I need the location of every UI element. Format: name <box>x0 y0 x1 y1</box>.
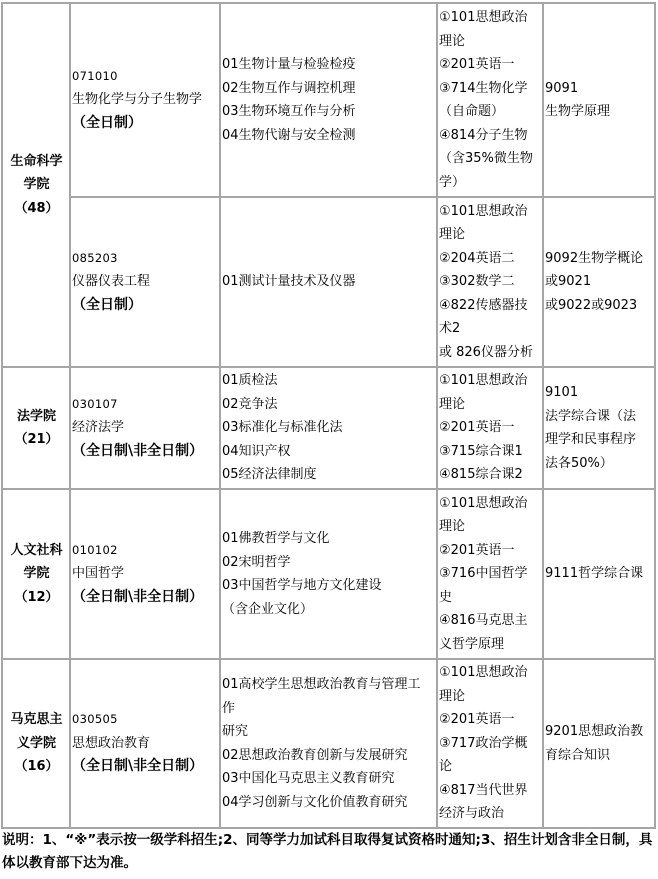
exam-subject-line: ③717政治学概 <box>439 732 542 756</box>
research-direction: 01佛教哲学与文化 <box>222 527 436 551</box>
research-direction: 03标准化与标准化法 <box>222 416 436 440</box>
research-direction: 04学习创新与文化价值教育研究 <box>222 791 436 815</box>
college-cell: 生命科学学院（48） <box>3 4 71 368</box>
exam-subject-line: 理论 <box>439 515 542 539</box>
retest-subject-line: 9111哲学综合课 <box>545 562 654 586</box>
exam-subject-line: 术2 <box>439 317 542 341</box>
major-cell: 030107经济法学（全日制\非全日制） <box>71 368 221 490</box>
exam-subject-line: 理论 <box>439 30 542 54</box>
major-code: 010102 <box>72 539 219 563</box>
research-direction: 04知识产权 <box>222 440 436 464</box>
exam-subject-line: ④822传感器技 <box>439 294 542 318</box>
college-cell: 法学院（21） <box>3 368 71 490</box>
exam-subject-line: ④816马克思主 <box>439 609 542 633</box>
exam-subject-line: ③715综合课1 <box>439 440 542 464</box>
research-direction: 02生物互作与调控机理 <box>222 77 436 101</box>
research-direction: 01测试计量技术及仪器 <box>222 270 436 294</box>
research-direction: 01质检法 <box>222 369 436 393</box>
footnote: 说明：1、“※”表示按一级学科招生;2、同等学力加试科目取得复试资格时通知;3、… <box>2 829 656 875</box>
major-cell: 030505思想政治教育（全日制\非全日制） <box>71 660 221 829</box>
retest-subject-line: 9091 <box>545 77 654 101</box>
admissions-table: 生命科学学院（48）071010生物化学与分子生物学（全日制）01生物计量与检验… <box>1 2 656 829</box>
retest-subject-line: 生物学原理 <box>545 100 654 124</box>
exam-subject-line: 义哲学原理 <box>439 633 542 657</box>
retest-subject-line: 9101 <box>545 381 654 405</box>
college-quota: （21） <box>4 428 69 452</box>
retest-cell: 9111哲学综合课 <box>544 490 656 660</box>
major-code: 030505 <box>72 708 219 732</box>
retest-subject-line: 9092生物学概论 <box>545 247 654 271</box>
exam-cell: ①101思想政治理论②201英语一③717政治学概论④817当代世界经济与政治 <box>438 660 544 829</box>
research-direction: 05经济法律制度 <box>222 463 436 487</box>
retest-subject-line: 9201思想政治教 <box>545 720 654 744</box>
exam-subject-line: 理论 <box>439 685 542 709</box>
exam-subject-line: ④814分子生物 <box>439 124 542 148</box>
research-direction: 03生物环境互作与分析 <box>222 100 436 124</box>
major-cell: 071010生物化学与分子生物学（全日制） <box>71 4 221 198</box>
exam-subject-line: ②204英语二 <box>439 247 542 271</box>
major-name: 思想政治教育 <box>72 732 219 756</box>
college-name-l1: 生命科学 <box>4 150 69 174</box>
retest-cell: 9201思想政治教育综合知识 <box>544 660 656 829</box>
table-row: 马克思主义学院（16）030505思想政治教育（全日制\非全日制）01高校学生思… <box>3 660 656 829</box>
research-direction: 02思想政治教育创新与发展研究 <box>222 744 436 768</box>
exam-subject-line: ②201英语一 <box>439 416 542 440</box>
exam-subject-line: 学） <box>439 171 542 195</box>
exam-subject-line: 史 <box>439 586 542 610</box>
table-row: 人文社科学院（12）010102中国哲学（全日制\非全日制）01佛教哲学与文化0… <box>3 490 656 660</box>
research-direction: 研究 <box>222 720 436 744</box>
exam-subject-line: ①101思想政治 <box>439 661 542 685</box>
exam-subject-line: 或 826仪器分析 <box>439 341 542 365</box>
research-direction: 02宋明哲学 <box>222 551 436 575</box>
college-name-l2: 学院 <box>4 173 69 197</box>
exam-cell: ①101思想政治理论②204英语二③302数学二④822传感器技术2或 826仪… <box>438 198 544 368</box>
retest-cell: 9101法学综合课（法理学和民事程序法各50%） <box>544 368 656 490</box>
research-direction: （含企业文化） <box>222 598 436 622</box>
college-name-l1: 马克思主 <box>4 708 69 732</box>
retest-subject-line: 育综合知识 <box>545 744 654 768</box>
study-mode: （全日制） <box>72 294 219 318</box>
exam-subject-line: 经济与政治 <box>439 802 542 826</box>
dir-cell: 01高校学生思想政治教育与管理工作研究02思想政治教育创新与发展研究03中国化马… <box>221 660 438 829</box>
research-direction: 04生物代谢与安全检测 <box>222 124 436 148</box>
major-code: 085203 <box>72 247 219 271</box>
exam-subject-line: ①101思想政治 <box>439 200 542 224</box>
exam-subject-line: 理论 <box>439 393 542 417</box>
study-mode: （全日制\非全日制） <box>72 586 219 610</box>
exam-subject-line: ④815综合课2 <box>439 463 542 487</box>
exam-subject-line: （自命题） <box>439 100 542 124</box>
college-name-l1: 人文社科 <box>4 539 69 563</box>
exam-subject-line: ②201英语一 <box>439 708 542 732</box>
dir-cell: 01佛教哲学与文化02宋明哲学03中国哲学与地方文化建设（含企业文化） <box>221 490 438 660</box>
college-cell: 马克思主义学院（16） <box>3 660 71 829</box>
retest-subject-line: 法学综合课（法 <box>545 405 654 429</box>
exam-cell: ①101思想政治理论②201英语一③715综合课1④815综合课2 <box>438 368 544 490</box>
exam-subject-line: ③302数学二 <box>439 270 542 294</box>
exam-subject-line: 论 <box>439 755 542 779</box>
exam-subject-line: ②201英语一 <box>439 539 542 563</box>
exam-subject-line: ②201英语一 <box>439 53 542 77</box>
research-direction: 03中国哲学与地方文化建设 <box>222 574 436 598</box>
table-row: 085203仪器仪表工程（全日制）01测试计量技术及仪器①101思想政治理论②2… <box>3 198 656 368</box>
exam-subject-line: （含35%微生物 <box>439 147 542 171</box>
college-quota: （48） <box>4 197 69 221</box>
major-name: 中国哲学 <box>72 562 219 586</box>
retest-subject-line: 或9022或9023 <box>545 294 654 318</box>
major-name: 生物化学与分子生物学 <box>72 88 219 112</box>
exam-subject-line: ①101思想政治 <box>439 369 542 393</box>
dir-cell: 01质检法02竞争法03标准化与标准化法04知识产权05经济法律制度 <box>221 368 438 490</box>
retest-cell: 9091生物学原理 <box>544 4 656 198</box>
exam-subject-line: ④817当代世界 <box>439 779 542 803</box>
major-cell: 010102中国哲学（全日制\非全日制） <box>71 490 221 660</box>
major-code: 071010 <box>72 65 219 89</box>
major-name: 经济法学 <box>72 416 219 440</box>
college-quota: （16） <box>4 755 69 779</box>
major-cell: 085203仪器仪表工程（全日制） <box>71 198 221 368</box>
college-quota: （12） <box>4 586 69 610</box>
exam-subject-line: ①101思想政治 <box>439 492 542 516</box>
table-row: 生命科学学院（48）071010生物化学与分子生物学（全日制）01生物计量与检验… <box>3 4 656 198</box>
major-code: 030107 <box>72 393 219 417</box>
study-mode: （全日制\非全日制） <box>72 755 219 779</box>
college-name-l2: 学院 <box>4 562 69 586</box>
research-direction: 作 <box>222 697 436 721</box>
exam-subject-line: ①101思想政治 <box>439 6 542 30</box>
retest-subject-line: 理学和民事程序 <box>545 428 654 452</box>
research-direction: 03中国化马克思主义教育研究 <box>222 767 436 791</box>
major-name: 仪器仪表工程 <box>72 270 219 294</box>
retest-subject-line: 或9021 <box>545 270 654 294</box>
exam-subject-line: 理论 <box>439 223 542 247</box>
college-name-l1: 法学院 <box>4 405 69 429</box>
college-name-l2: 义学院 <box>4 732 69 756</box>
college-cell: 人文社科学院（12） <box>3 490 71 660</box>
exam-cell: ①101思想政治理论②201英语一③714生物化学（自命题）④814分子生物（含… <box>438 4 544 198</box>
exam-subject-line: ③716中国哲学 <box>439 562 542 586</box>
exam-cell: ①101思想政治理论②201英语一③716中国哲学史④816马克思主义哲学原理 <box>438 490 544 660</box>
table-row: 法学院（21）030107经济法学（全日制\非全日制）01质检法02竞争法03标… <box>3 368 656 490</box>
dir-cell: 01测试计量技术及仪器 <box>221 198 438 368</box>
retest-cell: 9092生物学概论或9021或9022或9023 <box>544 198 656 368</box>
research-direction: 02竞争法 <box>222 393 436 417</box>
research-direction: 01高校学生思想政治教育与管理工 <box>222 673 436 697</box>
exam-subject-line: ③714生物化学 <box>439 77 542 101</box>
research-direction: 01生物计量与检验检疫 <box>222 53 436 77</box>
dir-cell: 01生物计量与检验检疫02生物互作与调控机理03生物环境互作与分析04生物代谢与… <box>221 4 438 198</box>
retest-subject-line: 法各50%） <box>545 452 654 476</box>
study-mode: （全日制\非全日制） <box>72 440 219 464</box>
study-mode: （全日制） <box>72 112 219 136</box>
